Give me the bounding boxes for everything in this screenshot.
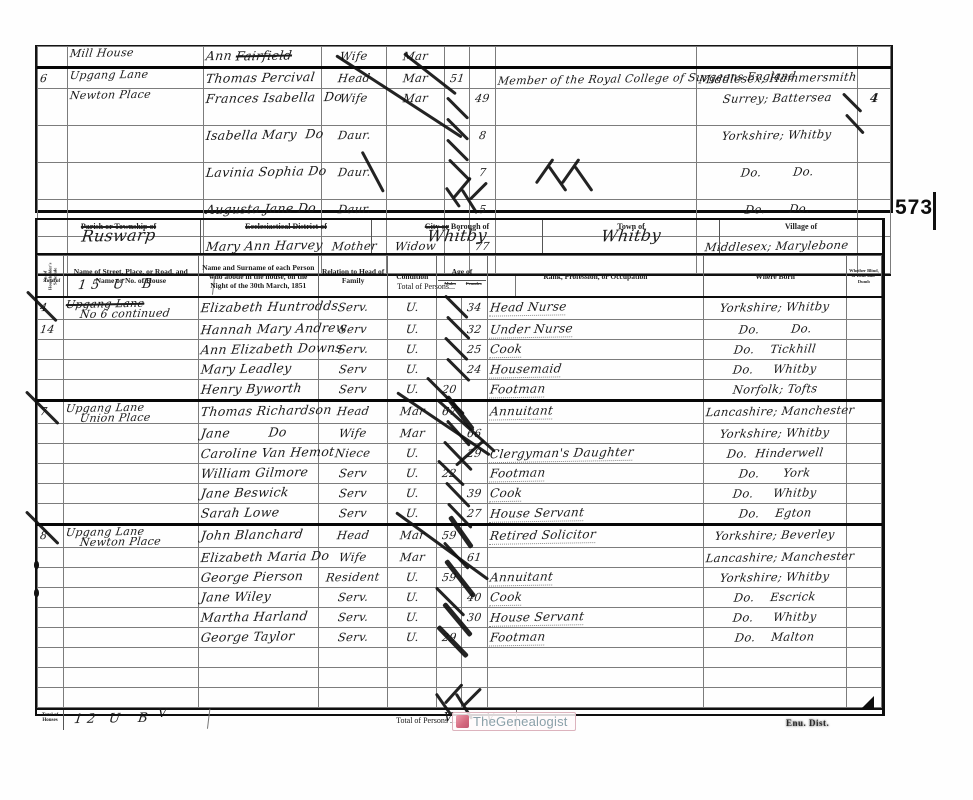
occupation-cell: Cook — [487, 588, 704, 608]
schedule-cell — [38, 89, 68, 126]
street-cell — [64, 648, 198, 668]
infirmity-cell — [846, 320, 881, 340]
watermark-label: TheGenealogist — [473, 714, 568, 729]
occupation-cell: Footman — [487, 628, 704, 648]
infirmity-cell — [846, 297, 881, 320]
where-born-cell: Norfolk; Tofts — [704, 380, 847, 401]
margin-note-cell — [857, 163, 890, 200]
occupation-cell: Head Nurse — [487, 297, 704, 320]
where-born-cell: Lancashire; Manchester — [704, 401, 847, 424]
name-cell: Thomas Percival — [203, 68, 321, 89]
where-born-cell: Yorkshire; Whitby — [697, 126, 858, 163]
street-cell — [64, 464, 198, 484]
where-born-cell: Yorkshire; Whitby — [704, 424, 847, 444]
occupation-cell: Clergyman's Daughter — [487, 444, 704, 464]
condition-cell: U. — [388, 464, 437, 484]
where-born-cell — [697, 47, 858, 68]
schedule-cell — [38, 464, 64, 484]
where-born-cell: Surrey; Battersea — [697, 89, 858, 126]
street-cell — [68, 163, 203, 200]
infirmity-cell — [846, 360, 881, 380]
occupation-cell — [487, 688, 704, 708]
schedule-cell — [38, 504, 64, 525]
schedule-cell — [38, 163, 68, 200]
name-cell: Isabella Mary Do — [203, 126, 321, 163]
title-band: Parish or Township of Ruswarp Ecclesiast… — [37, 220, 882, 255]
occupation-cell: House Servant — [487, 608, 704, 628]
street-cell: Upgang LaneUnion Place — [64, 401, 198, 424]
where-born-cell — [704, 688, 847, 708]
relation-cell: Wife — [321, 47, 386, 68]
genealogist-watermark: TheGenealogist — [452, 712, 576, 731]
col-header-name: Name and Surname of each Person who abod… — [198, 256, 318, 298]
street-cell — [64, 320, 198, 340]
where-born-cell: Lancashire; Manchester — [704, 548, 847, 568]
where-born-cell: Do. Whitby — [704, 484, 847, 504]
infirmity-cell — [846, 340, 881, 360]
age-female-cell — [462, 668, 487, 688]
name-cell: Hannah Mary Andrew — [198, 320, 318, 340]
condition-cell — [387, 126, 445, 163]
occupation-cell: Retired Solicitor — [487, 525, 704, 548]
name-cell: Jane Do — [198, 424, 318, 444]
infirmity-cell — [846, 464, 881, 484]
table-row: 6 Upgang Lane Thomas Percival Head Mar 5… — [38, 68, 891, 89]
census-table: Parish or Township of Ruswarp Ecclesiast… — [35, 218, 885, 716]
street-cell — [64, 360, 198, 380]
name-cell: John Blanchard — [198, 525, 318, 548]
occupation-cell: Footman — [487, 380, 704, 401]
age-female-cell — [470, 47, 495, 68]
total-houses-value: 1 2 U B — [63, 709, 211, 732]
occupation-cell: House Servant — [487, 504, 704, 525]
relation-cell: Serv. — [318, 628, 387, 648]
relation-cell: Serv — [318, 380, 387, 401]
relation-cell — [318, 688, 387, 708]
name-cell — [198, 648, 318, 668]
street-cell — [64, 444, 198, 464]
condition-cell: U. — [388, 297, 437, 320]
schedule-cell — [38, 608, 64, 628]
condition-cell: U. — [388, 340, 437, 360]
where-born-cell: Do. Do. — [704, 320, 847, 340]
name-cell: Ann Elizabeth Downs — [198, 340, 318, 360]
name-cell: George Pierson — [198, 568, 318, 588]
name-cell: Jane Wiley — [198, 588, 318, 608]
table-row: Jane Wiley Serv. U. 40 Cook Do. Escrick — [38, 588, 882, 608]
schedule-cell — [38, 688, 64, 708]
schedule-cell — [38, 484, 64, 504]
schedule-cell — [38, 548, 64, 568]
schedule-cell — [38, 648, 64, 668]
occupation-cell: Cook — [487, 484, 704, 504]
enumeration-district-note: Enu. Dist. — [786, 718, 829, 728]
where-born-cell: Do. Escrick — [704, 588, 847, 608]
age-female-cell: 8 — [470, 126, 495, 163]
where-born-cell: Do. Whitby — [704, 608, 847, 628]
infirmity-cell — [846, 424, 881, 444]
name-cell: George Taylor — [198, 628, 318, 648]
col-header-relation: Relation to Head of Family — [318, 256, 387, 298]
infirmity-cell — [846, 444, 881, 464]
occupation-cell — [487, 668, 704, 688]
condition-cell — [387, 163, 445, 200]
street-cell — [64, 484, 198, 504]
relation-cell: Serv — [318, 464, 387, 484]
condition-cell: U. — [388, 568, 437, 588]
occupation-cell: Member of the Royal College of Surgeons … — [495, 68, 697, 89]
form-field-borough: City or Borough of Whitby — [372, 220, 543, 253]
column-headers: No. of Householder's Schedule Name of St… — [38, 256, 882, 298]
age-female-cell: 49 — [470, 89, 495, 126]
name-cell: Jane Beswick — [198, 484, 318, 504]
name-cell: Martha Harland — [198, 608, 318, 628]
where-born-cell: Do. Malton — [704, 628, 847, 648]
infirmity-cell — [846, 608, 881, 628]
where-born-cell — [704, 648, 847, 668]
where-born-cell: Do. Do. — [697, 163, 858, 200]
street-cell — [64, 588, 198, 608]
ink-blob — [34, 589, 39, 597]
condition-cell — [388, 688, 437, 708]
condition-cell: Mar — [388, 548, 437, 568]
infirmity-cell — [846, 668, 881, 688]
relation-cell: Head — [318, 525, 387, 548]
relation-cell: Daur. — [321, 126, 386, 163]
col-header-schedule: No. of Householder's Schedule — [38, 256, 64, 298]
genealogist-logo-icon — [456, 715, 469, 728]
relation-cell: Head — [321, 68, 386, 89]
name-cell: Mary Leadley — [198, 360, 318, 380]
occupation-cell — [487, 548, 704, 568]
where-born-cell: Yorkshire; Whitby — [704, 297, 847, 320]
col-header-infirmity: Whether Blind, or Deaf-and-Dumb — [846, 256, 881, 298]
schedule-cell — [38, 668, 64, 688]
name-cell: Sarah Lowe — [198, 504, 318, 525]
col-header-condition: Condition — [388, 256, 437, 298]
occupation-cell — [495, 89, 697, 126]
condition-cell: Mar — [388, 424, 437, 444]
street-cell — [64, 380, 198, 401]
schedule-cell — [38, 568, 64, 588]
occupation-cell — [495, 163, 697, 200]
where-born-cell: Yorkshire; Beverley — [704, 525, 847, 548]
page-number-rule — [933, 192, 936, 230]
table-row: Newton Place Frances Isabella Do Wife Ma… — [38, 89, 891, 126]
schedule-cell — [38, 47, 68, 68]
margin-note-cell: 4 — [857, 89, 890, 126]
age-female-cell — [470, 68, 495, 89]
street-cell — [64, 568, 198, 588]
infirmity-cell — [846, 568, 881, 588]
name-cell — [198, 688, 318, 708]
occupation-cell — [495, 47, 697, 68]
street-cell: Newton Place — [68, 89, 203, 126]
condition-cell — [388, 648, 437, 668]
occupation-cell: Annuitant — [487, 568, 704, 588]
relation-cell: Resident — [318, 568, 387, 588]
condition-cell: U. — [388, 360, 437, 380]
relation-cell: Serv — [318, 484, 387, 504]
where-born-cell: Do. Tickhill — [704, 340, 847, 360]
age-male-cell: 51 — [445, 68, 470, 89]
schedule-cell — [38, 380, 64, 401]
street-cell — [64, 628, 198, 648]
col-header-age: Age of MalesFemales — [437, 256, 487, 298]
form-field-village: Village of — [720, 220, 882, 253]
where-born-cell: Do. Whitby — [704, 360, 847, 380]
where-born-cell — [704, 668, 847, 688]
infirmity-cell — [846, 588, 881, 608]
infirmity-cell — [846, 628, 881, 648]
schedule-cell — [38, 340, 64, 360]
total-persons-label: Total of Persons ... — [209, 710, 456, 730]
occupation-cell — [487, 424, 704, 444]
ink-blob — [34, 561, 39, 569]
schedule-cell: 14 — [38, 320, 64, 340]
form-field-parish: Parish or Township of Ruswarp — [37, 220, 201, 253]
street-cell — [68, 126, 203, 163]
where-born-cell: Yorkshire; Whitby — [704, 568, 847, 588]
relation-cell: Serv. — [318, 588, 387, 608]
infirmity-cell — [846, 648, 881, 668]
check-mark: V — [158, 706, 167, 720]
relation-cell: Wife — [318, 424, 387, 444]
page-number: 573 — [895, 196, 933, 220]
age-male-cell — [445, 47, 470, 68]
infirmity-cell — [846, 484, 881, 504]
schedule-cell — [38, 588, 64, 608]
street-cell: Mill House — [68, 47, 203, 68]
schedule-cell — [38, 126, 68, 163]
occupation-cell: Cook — [487, 340, 704, 360]
infirmity-cell — [846, 525, 881, 548]
occupation-cell: Housemaid — [487, 360, 704, 380]
street-cell — [64, 548, 198, 568]
street-cell: Upgang LaneNewton Place — [64, 525, 198, 548]
relation-cell: Serv. — [318, 608, 387, 628]
name-cell: Thomas Richardson — [198, 401, 318, 424]
occupation-cell: Under Nurse — [487, 320, 704, 340]
schedule-cell: 6 — [38, 68, 68, 89]
occupation-cell: Footman — [487, 464, 704, 484]
where-born-cell: Do. Egton — [704, 504, 847, 525]
total-of-houses-box: Total of Houses — [37, 710, 64, 730]
table-row: Mill House Ann Fairfield Wife Mar — [38, 47, 891, 68]
infirmity-cell — [846, 504, 881, 525]
street-cell — [64, 608, 198, 628]
col-header-occupation: Rank, Profession, or Occupation — [487, 256, 704, 298]
col-header-street: Name of Street, Place, or Road, and Name… — [64, 256, 198, 298]
table-row: Henry Byworth Serv U. 20 Footman Norfolk… — [38, 380, 882, 401]
name-cell: Henry Byworth — [198, 380, 318, 401]
schedule-cell — [38, 360, 64, 380]
name-cell: Elizabeth Huntrodds — [198, 297, 318, 320]
relation-cell — [318, 648, 387, 668]
form-field-ecclesiastical-district: Ecclesiastical District of — [201, 220, 372, 253]
where-born-cell: Do. York — [704, 464, 847, 484]
name-cell: Ann Fairfield — [203, 47, 321, 68]
name-cell: Frances Isabella Do — [203, 89, 321, 126]
scan-corner-mark — [860, 696, 874, 710]
street-cell: Upgang LaneNo 6 continued — [64, 297, 198, 320]
condition-cell: U. — [388, 320, 437, 340]
form-field-town: Town of Whitby — [543, 220, 720, 253]
schedule-cell — [38, 424, 64, 444]
margin-note-cell — [857, 47, 890, 68]
condition-cell: U. — [388, 588, 437, 608]
occupation-cell — [487, 648, 704, 668]
name-cell: Lavinia Sophia Do — [203, 163, 321, 200]
schedule-cell — [38, 444, 64, 464]
margin-note-cell — [857, 68, 890, 89]
where-born-cell: Do. Hinderwell — [704, 444, 847, 464]
name-cell: William Gilmore — [198, 464, 318, 484]
condition-cell: U. — [388, 628, 437, 648]
street-cell: Upgang Lane — [68, 68, 203, 89]
name-cell — [198, 668, 318, 688]
age-female-cell — [462, 380, 487, 401]
street-cell — [64, 504, 198, 525]
schedule-cell — [38, 628, 64, 648]
street-cell — [64, 688, 198, 708]
col-header-where-born: Where Born — [704, 256, 847, 298]
name-cell: Elizabeth Maria Do — [198, 548, 318, 568]
infirmity-cell — [846, 380, 881, 401]
condition-cell — [388, 668, 437, 688]
name-cell: Caroline Van Hemot — [198, 444, 318, 464]
condition-cell: U. — [388, 608, 437, 628]
occupation-cell: Annuitant — [487, 401, 704, 424]
relation-cell: Serv — [318, 504, 387, 525]
condition-cell: U. — [388, 444, 437, 464]
census-scan-page: Mill House Ann Fairfield Wife Mar 6 Upga… — [0, 0, 973, 800]
street-cell — [64, 424, 198, 444]
street-cell — [64, 340, 198, 360]
street-cell — [64, 668, 198, 688]
relation-cell — [318, 668, 387, 688]
relation-cell: Serv — [318, 360, 387, 380]
condition-cell: U. — [388, 484, 437, 504]
occupation-cell — [495, 126, 697, 163]
